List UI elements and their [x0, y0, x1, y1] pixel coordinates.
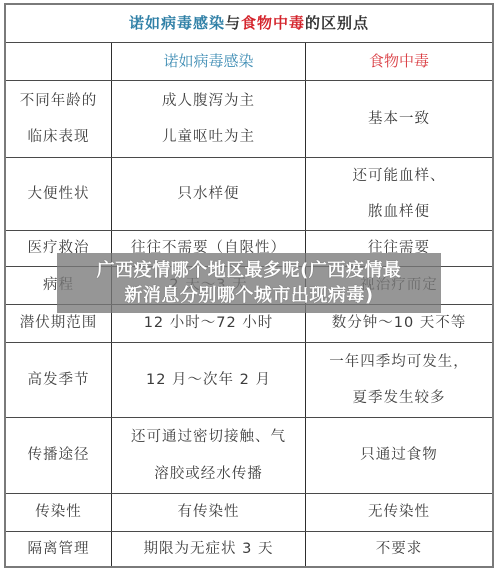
header-norovirus: 诺如病毒感染 — [112, 43, 306, 80]
food-cell: 一年四季均可发生，夏季发生较多 — [306, 343, 492, 417]
table-row: 大便性状 只水样便 还可能血样、脓血样便 — [6, 157, 492, 230]
row-label: 传播途径 — [6, 418, 112, 493]
title-food-poisoning: 食物中毒 — [241, 14, 305, 32]
norovirus-cell: 还可通过密切接触、气溶胶或经水传播 — [112, 418, 306, 493]
row-label: 大便性状 — [6, 158, 112, 230]
row-label: 高发季节 — [6, 343, 112, 417]
norovirus-cell: 12 月～次年 2 月 — [112, 343, 306, 417]
caption-line-2: 新消息分别哪个城市出现病毒) — [124, 283, 373, 308]
table-row: 隔离管理 期限为无症状 3 天 不要求 — [6, 531, 492, 566]
row-label: 不同年龄的临床表现 — [6, 81, 112, 157]
row-label: 传染性 — [6, 494, 112, 531]
norovirus-cell: 成人腹泻为主儿童呕吐为主 — [112, 81, 306, 157]
header-food-poisoning: 食物中毒 — [306, 43, 492, 80]
row-label: 隔离管理 — [6, 532, 112, 566]
header-row: 诺如病毒感染 食物中毒 — [6, 42, 492, 80]
table-row: 传播途径 还可通过密切接触、气溶胶或经水传播 只通过食物 — [6, 417, 492, 493]
title-row: 诺如病毒感染与食物中毒的区别点 — [6, 5, 492, 42]
norovirus-cell: 只水样便 — [112, 158, 306, 230]
food-cell: 不要求 — [306, 532, 492, 566]
table-row: 不同年龄的临床表现 成人腹泻为主儿童呕吐为主 基本一致 — [6, 80, 492, 157]
header-empty — [6, 43, 112, 80]
food-cell: 无传染性 — [306, 494, 492, 531]
table-row: 传染性 有传染性 无传染性 — [6, 493, 492, 531]
table-row: 高发季节 12 月～次年 2 月 一年四季均可发生，夏季发生较多 — [6, 342, 492, 417]
caption-overlay: 广西疫情哪个地区最多呢(广西疫情最 新消息分别哪个城市出现病毒) — [57, 253, 441, 313]
caption-line-1: 广西疫情哪个地区最多呢(广西疫情最 — [97, 258, 402, 283]
title-norovirus: 诺如病毒感染 — [129, 14, 225, 32]
title-and: 与 — [225, 14, 241, 32]
food-cell: 只通过食物 — [306, 418, 492, 493]
table-title: 诺如病毒感染与食物中毒的区别点 — [6, 5, 492, 42]
norovirus-cell: 有传染性 — [112, 494, 306, 531]
title-differences: 的区别点 — [305, 14, 369, 32]
food-cell: 基本一致 — [306, 81, 492, 157]
norovirus-cell: 期限为无症状 3 天 — [112, 532, 306, 566]
food-cell: 还可能血样、脓血样便 — [306, 158, 492, 230]
